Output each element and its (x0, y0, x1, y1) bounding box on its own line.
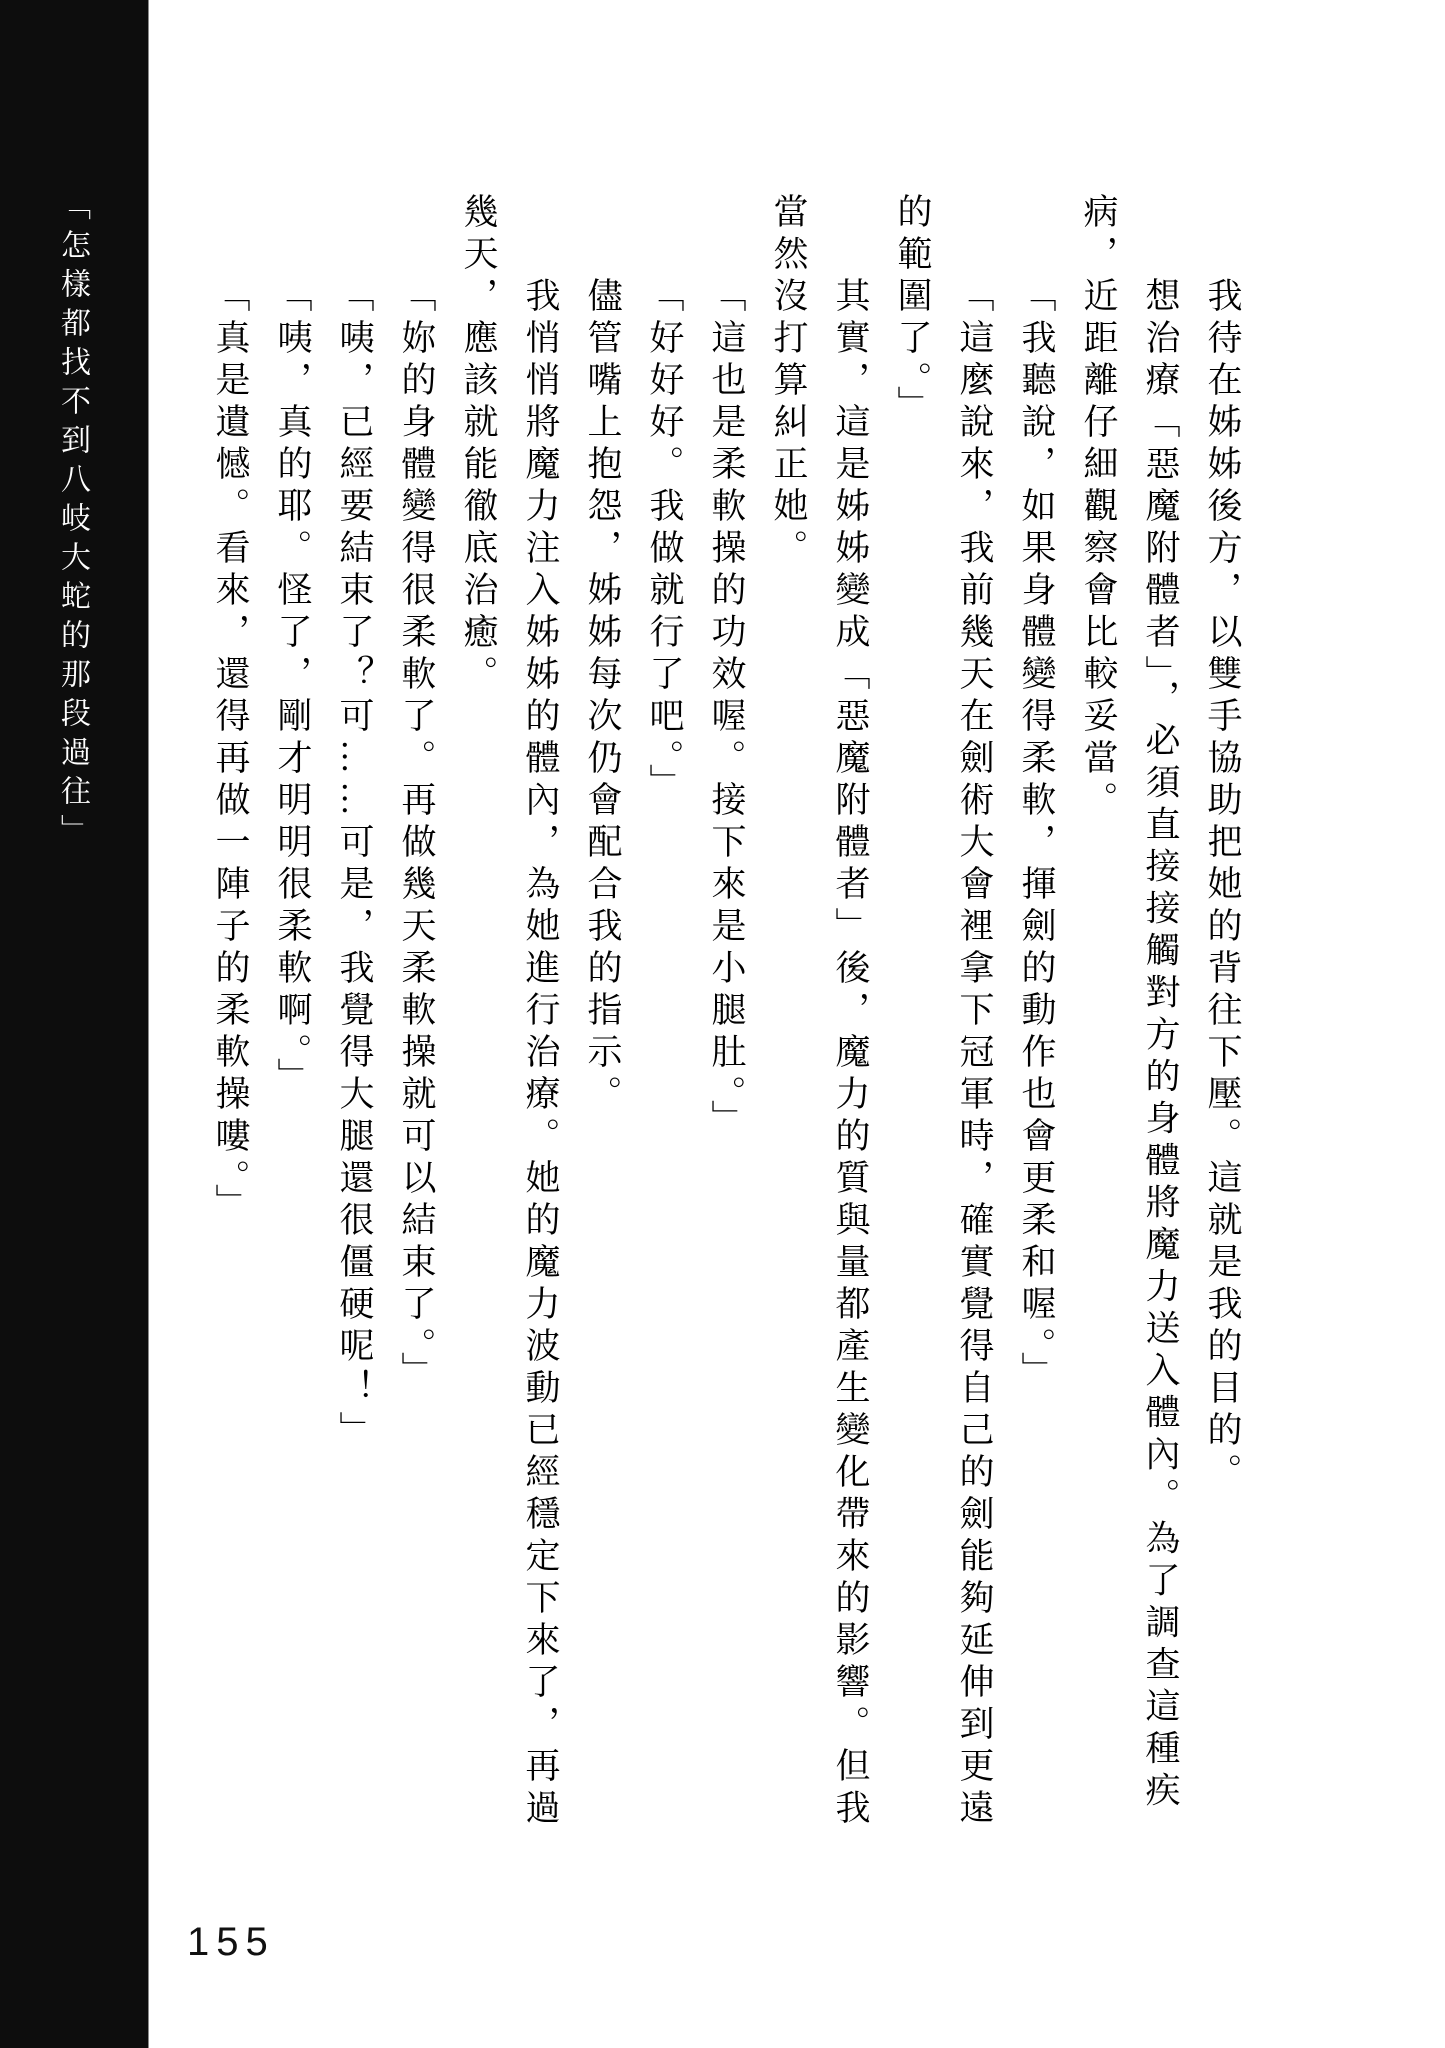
text-column: 的範圍了。」 (881, 193, 943, 1853)
text-column: 想治療「惡魔附體者」，必須直接接觸對方的身體將魔力送入體內。為了調查這種疾 (1129, 193, 1191, 1853)
page-number: 155 (187, 1920, 275, 1965)
text-column: 病，近距離仔細觀察會比較妥當。 (1067, 193, 1129, 1853)
text-column: 儘管嘴上抱怨，姊姊每次仍會配合我的指示。 (571, 193, 633, 1853)
text-column: 幾天，應該就能徹底治癒。 (447, 193, 509, 1853)
text-column: 「真是遺憾。看來，還得再做一陣子的柔軟操嘍。」 (199, 193, 261, 1853)
text-column: 「這麼說來，我前幾天在劍術大會裡拿下冠軍時，確實覺得自己的劍能夠延伸到更遠 (943, 193, 1005, 1853)
text-column: 我悄悄將魔力注入姊姊的體內，為她進行治療。她的魔力波動已經穩定下來了，再過 (509, 193, 571, 1853)
text-column: 其實，這是姊姊變成「惡魔附體者」後，魔力的質與量都產生變化帶來的影響。但我 (819, 193, 881, 1853)
text-column: 當然沒打算糾正她。 (757, 193, 819, 1853)
text-column: 「我聽說，如果身體變得柔軟，揮劍的動作也會更柔和喔。」 (1005, 193, 1067, 1853)
text-column: 「好好好。我做就行了吧。」 (633, 193, 695, 1853)
text-column: 「妳的身體變得很柔軟了。再做幾天柔軟操就可以結束了。」 (385, 193, 447, 1853)
text-column: 「咦，真的耶。怪了，剛才明明很柔軟啊。」 (261, 193, 323, 1853)
chapter-title-vertical: 「怎樣都找不到八岐大蛇的那段過往」 (50, 190, 94, 853)
book-page: 「怎樣都找不到八岐大蛇的那段過往」 我待在姊姊後方，以雙手協助把她的背往下壓。這… (0, 0, 1445, 2048)
text-column: 「這也是柔軟操的功效喔。接下來是小腿肚。」 (695, 193, 757, 1853)
text-column: 「咦，已經要結束了？可……可是，我覺得大腿還很僵硬呢！」 (323, 193, 385, 1853)
text-column: 我待在姊姊後方，以雙手協助把她的背往下壓。這就是我的目的。 (1191, 193, 1253, 1853)
spine-bar: 「怎樣都找不到八岐大蛇的那段過往」 (0, 0, 149, 2048)
novel-text-block: 我待在姊姊後方，以雙手協助把她的背往下壓。這就是我的目的。想治療「惡魔附體者」，… (199, 193, 1253, 1853)
